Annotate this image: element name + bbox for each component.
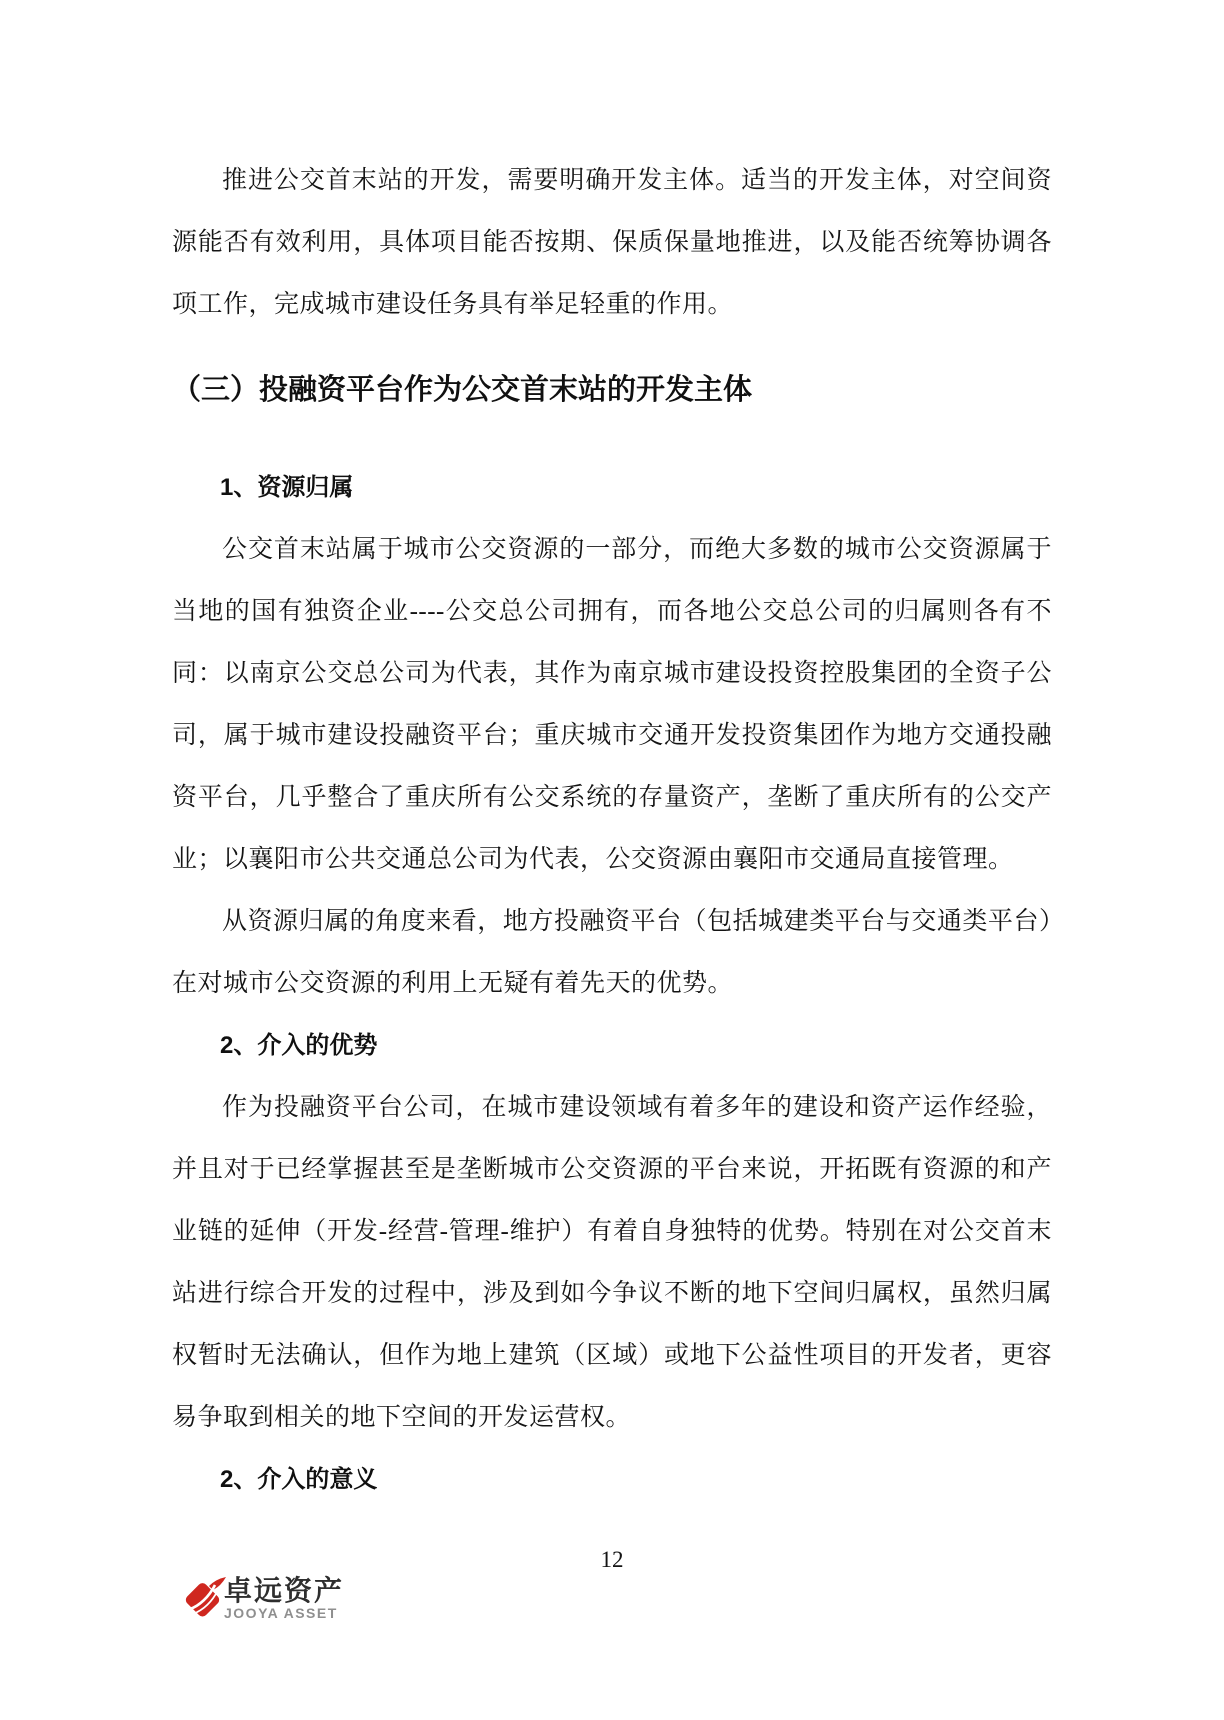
paragraph-entry-advantage: 作为投融资平台公司，在城市建设领域有着多年的建设和资产运作经验，并且对于已经掌握…	[172, 1077, 1052, 1449]
logo-name-english: JOOYA ASSET	[224, 1606, 344, 1620]
logo-text-block: 卓远资产 JOOYA ASSET	[224, 1576, 344, 1620]
jooya-logo: 卓远资产 JOOYA ASSET	[183, 1576, 344, 1620]
paragraph-intro: 推进公交首末站的开发，需要明确开发主体。适当的开发主体，对空间资源能否有效利用，…	[172, 150, 1052, 336]
section-heading-3: （三）投融资平台作为公交首末站的开发主体	[172, 350, 1052, 430]
jooya-logo-icon	[183, 1576, 227, 1620]
paragraph-resource-summary: 从资源归属的角度来看，地方投融资平台（包括城建类平台与交通类平台）在对城市公交资…	[172, 891, 1052, 1015]
logo-name-chinese: 卓远资产	[224, 1576, 344, 1605]
page-number: 12	[0, 1546, 1224, 1574]
subheading-resource-ownership: 1、资源归属	[172, 457, 1052, 519]
subheading-entry-significance: 2、介入的意义	[172, 1449, 1052, 1511]
subheading-entry-advantage: 2、介入的优势	[172, 1015, 1052, 1077]
paragraph-resource-ownership: 公交首末站属于城市公交资源的一部分，而绝大多数的城市公交资源属于当地的国有独资企…	[172, 519, 1052, 891]
document-page: 推进公交首末站的开发，需要明确开发主体。适当的开发主体，对空间资源能否有效利用，…	[0, 0, 1224, 1720]
